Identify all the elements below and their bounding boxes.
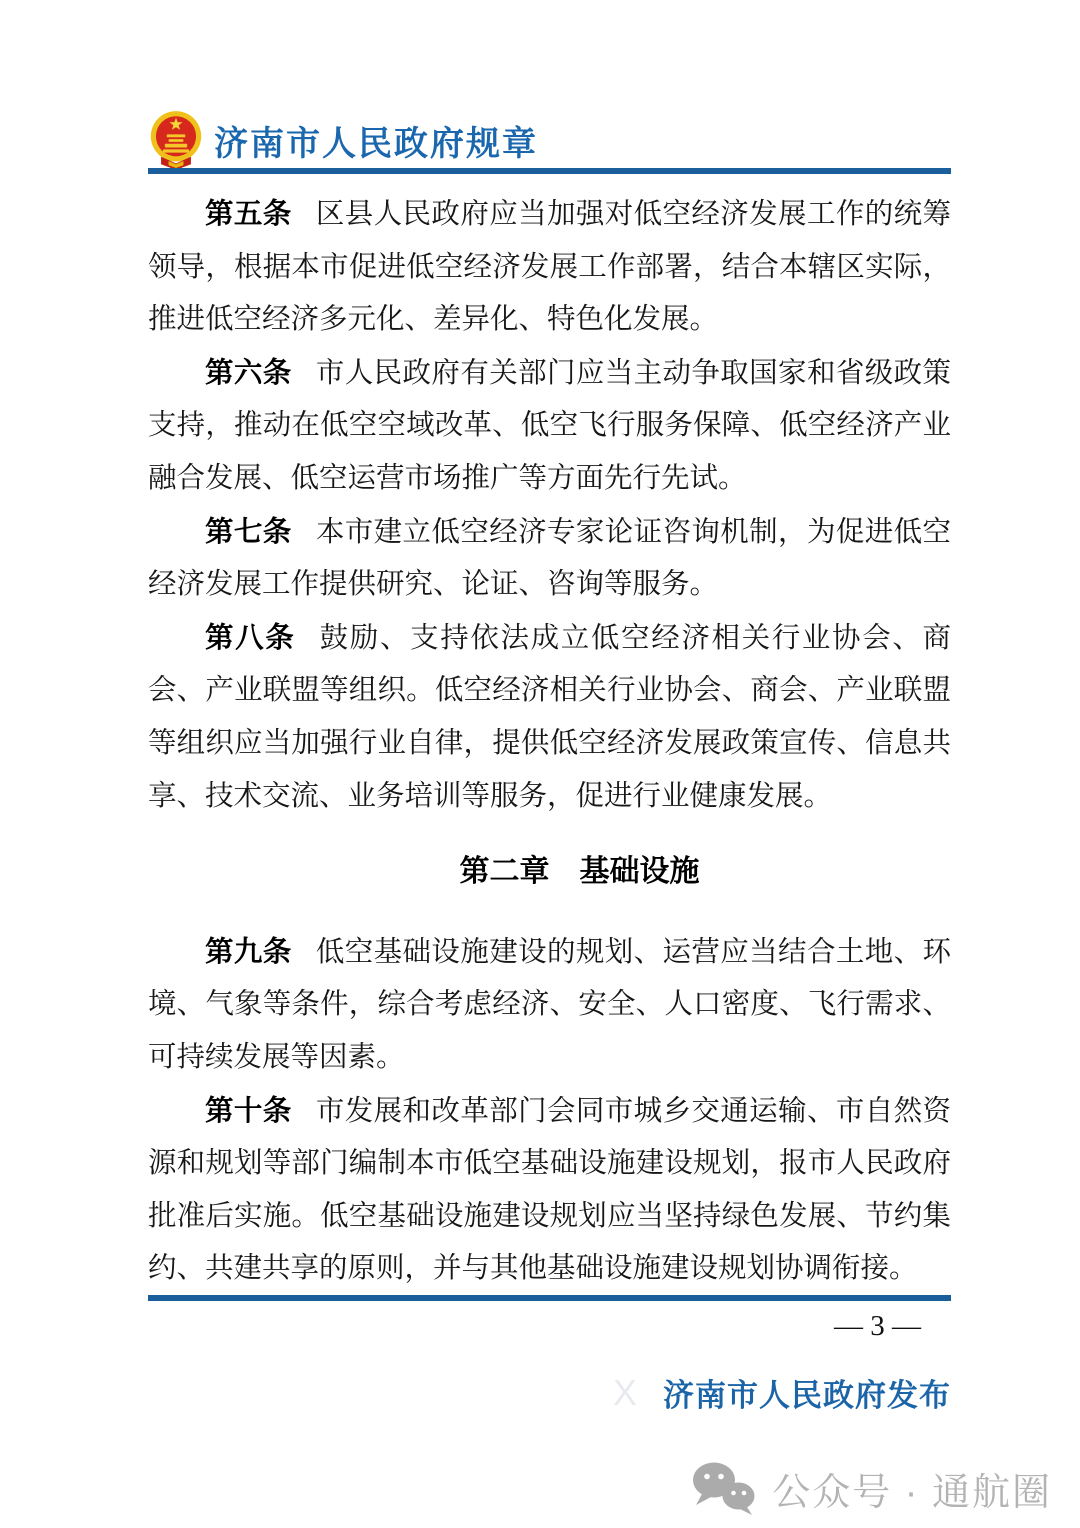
article-9: 第九条低空基础设施建设的规划、运营应当结合土地、环境、气象等条件，综合考虑经济、… [148,926,951,1085]
wechat-icon [690,1460,758,1516]
article-6: 第六条市人民政府有关部门应当主动争取国家和省级政策支持，推动在低空空域改革、低空… [148,347,951,506]
footer-rule [148,1295,951,1301]
header-rule [148,168,951,174]
article-7: 第七条本市建立低空经济专家论证咨询机制，为促进低空经济发展工作提供研究、论证、咨… [148,506,951,612]
chapter-heading: 第二章 基础设施 [148,846,951,899]
article-5-number: 第五条 [205,198,316,230]
document-title: 济南市人民政府规章 [214,116,538,165]
article-8: 第八条鼓励、支持依法成立低空经济相关行业协会、商会、产业联盟等组织。低空经济相关… [148,612,951,823]
article-10-number: 第十条 [205,1095,316,1127]
china-national-emblem-icon [148,110,204,170]
document-body: 第五条区县人民政府应当加强对低空经济发展工作的统筹领导，根据本市促进低空经济发展… [148,188,951,1296]
publisher-label: 济南市人民政府发布 [663,1378,951,1413]
article-9-number: 第九条 [205,936,316,968]
faint-x-watermark: X [613,1372,637,1413]
document-header: 济南市人民政府规章 [148,110,538,170]
wechat-account-watermark: 公众号 · 通航圈 [690,1460,1052,1516]
publisher-row: X济南市人民政府发布 [148,1370,951,1415]
article-8-number: 第八条 [205,622,320,654]
article-7-number: 第七条 [205,516,316,548]
wechat-account-label: 公众号 · 通航圈 [772,1461,1052,1516]
article-10: 第十条市发展和改革部门会同市城乡交通运输、市自然资源和规划等部门编制本市低空基础… [148,1085,951,1296]
page-number: — 3 — [148,1310,921,1343]
article-5: 第五条区县人民政府应当加强对低空经济发展工作的统筹领导，根据本市促进低空经济发展… [148,188,951,347]
article-6-number: 第六条 [205,357,316,389]
